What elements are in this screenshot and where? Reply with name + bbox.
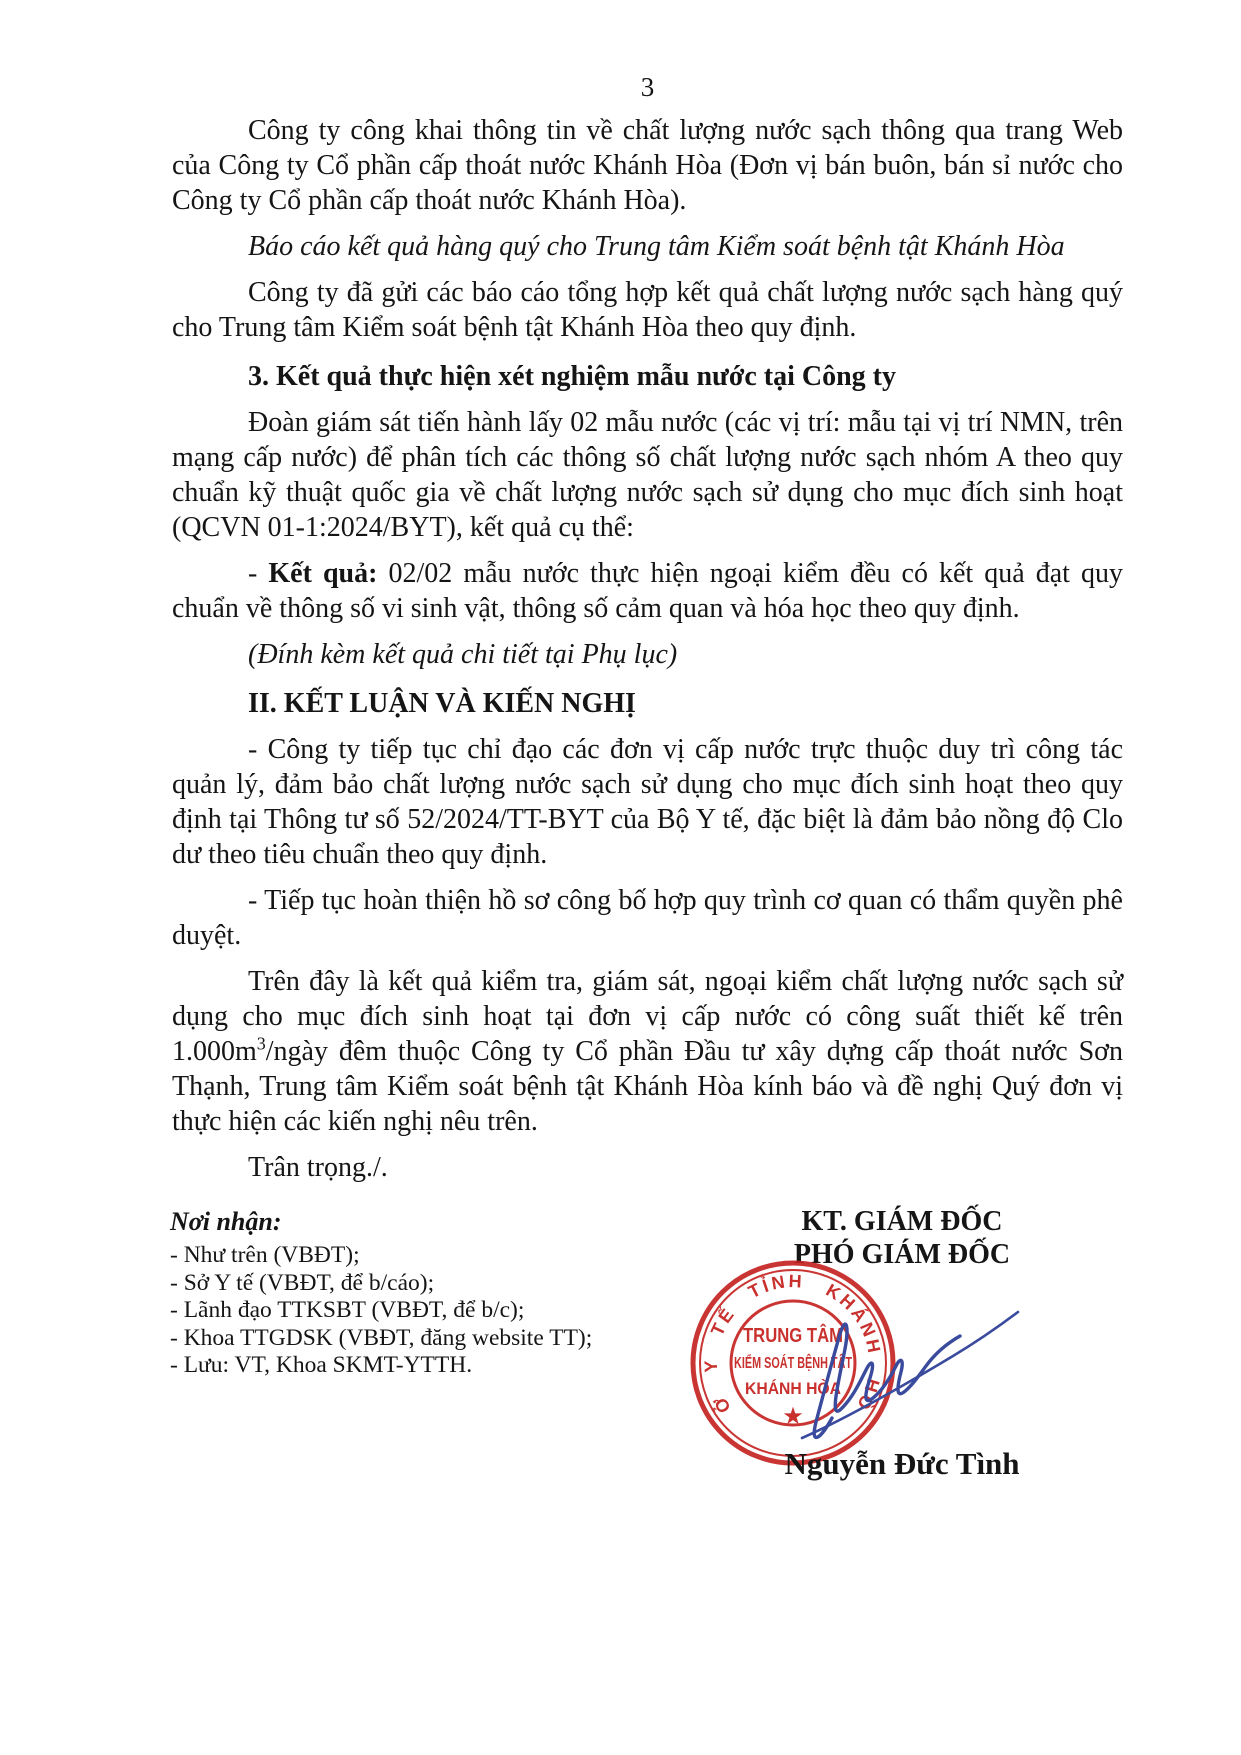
page-number: 3 — [172, 0, 1123, 102]
recipient-item: - Sở Y tế (VBĐT, để b/cáo); — [170, 1270, 640, 1298]
summary-text-post: /ngày đêm thuộc Công ty Cổ phần Đầu tư x… — [172, 1036, 1123, 1137]
signer-name: Nguyễn Đức Tình — [690, 1446, 1114, 1482]
paragraph-recommendation-1: - Công ty tiếp tục chỉ đạo các đơn vị cấ… — [172, 732, 1123, 872]
paragraph-recommendation-2: - Tiếp tục hoàn thiện hồ sơ công bố hợp … — [172, 883, 1123, 953]
signature-title-line1: KT. GIÁM ĐỐC — [690, 1205, 1114, 1238]
superscript-cubic: 3 — [257, 1034, 266, 1054]
document-content: 3 Công ty công khai thông tin về chất lư… — [0, 0, 1241, 1185]
recipients-block: Nơi nhận: - Như trên (VBĐT); - Sở Y tế (… — [170, 1206, 640, 1380]
paragraph-summary: Trên đây là kết quả kiểm tra, giám sát, … — [172, 964, 1123, 1139]
result-dash: - — [248, 558, 268, 589]
recipient-item: - Khoa TTGDSK (VBĐT, đăng website TT); — [170, 1325, 640, 1353]
closing-salutation: Trân trọng./. — [172, 1150, 1123, 1185]
recipient-item: - Lãnh đạo TTKSBT (VBĐT, để b/c); — [170, 1297, 640, 1325]
recipients-title: Nơi nhận: — [170, 1206, 640, 1237]
signature-flourish-stroke — [802, 1312, 1018, 1438]
paragraph-appendix-note: (Đính kèm kết quả chi tiết tại Phụ lục) — [172, 637, 1123, 672]
document-page: 3 Công ty công khai thông tin về chất lư… — [0, 0, 1241, 1755]
heading-section-3: 3. Kết quả thực hiện xét nghiệm mẫu nước… — [172, 359, 1123, 394]
paragraph-result: - Kết quả: 02/02 mẫu nước thực hiện ngoạ… — [172, 556, 1123, 626]
paragraph-sampling: Đoàn giám sát tiến hành lấy 02 mẫu nước … — [172, 405, 1123, 545]
handwritten-signature — [788, 1298, 1028, 1448]
paragraph-web-disclosure: Công ty công khai thông tin về chất lượn… — [172, 113, 1123, 218]
recipient-item: - Như trên (VBĐT); — [170, 1242, 640, 1270]
heading-conclusion: II. KẾT LUẬN VÀ KIẾN NGHỊ — [172, 686, 1123, 721]
recipient-item: - Lưu: VT, Khoa SKMT-YTTH. — [170, 1352, 640, 1380]
result-label: Kết quả: — [268, 558, 377, 589]
paragraph-reports-sent: Công ty đã gửi các báo cáo tổng hợp kết … — [172, 275, 1123, 345]
paragraph-quarterly-report-italic: Báo cáo kết quả hàng quý cho Trung tâm K… — [172, 229, 1123, 264]
